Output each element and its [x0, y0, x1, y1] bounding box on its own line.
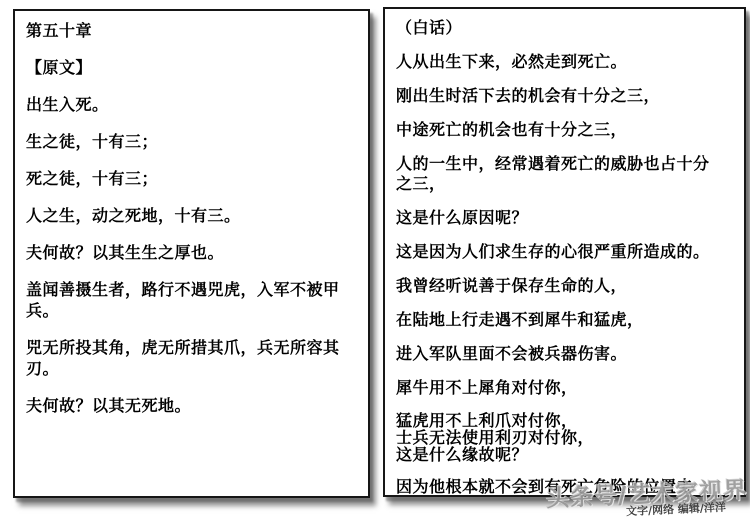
original-text-content: 第五十章 【原文】 出生入死。 生之徒，十有三； 死之徒，十有三； 人之生，动之… [15, 11, 368, 441]
paragraph: 夫何故？以其无死地。 [26, 395, 357, 416]
page: 第五十章 【原文】 出生入死。 生之徒，十有三； 死之徒，十有三； 人之生，动之… [0, 0, 750, 517]
paragraph: 犀牛用不上犀角对付你， [396, 378, 733, 398]
paragraph: 兕无所投其角，虎无所措其爪，兵无所容其 刃。 [26, 337, 357, 379]
paragraph: 死之徒，十有三； [26, 168, 357, 189]
paragraph: 这是什么原因呢？ [396, 208, 733, 228]
paragraph: 人的一生中，经常遇着死亡的威胁也占十分 之三， [396, 154, 733, 194]
paragraph: 人之生，动之死地，十有三。 [26, 205, 357, 226]
paragraph: 这是因为人们求生存的心很严重所造成的。 [396, 242, 733, 262]
paragraph: 我曾经听说善于保存生命的人， [396, 276, 733, 296]
paragraph: 猛虎用不上利爪对付你， 士兵无法使用利刃对付你， 这是什么缘故呢？ [396, 412, 733, 463]
section-label-original: 【原文】 [26, 57, 357, 78]
paragraph: 中途死亡的机会也有十分之三， [396, 120, 733, 140]
paragraph: 刚出生时活下去的机会有十分之三， [396, 86, 733, 106]
section-label-vernacular: （白话） [396, 18, 733, 38]
paragraph: 人从出生下来，必然走到死亡。 [396, 52, 733, 72]
vernacular-content: （白话） 人从出生下来，必然走到死亡。 刚出生时活下去的机会有十分之三， 中途死… [385, 9, 744, 517]
watermark-credits: 文字/网络 编辑/洋洋 [626, 499, 726, 517]
original-text-panel: 第五十章 【原文】 出生入死。 生之徒，十有三； 死之徒，十有三； 人之生，动之… [13, 9, 370, 498]
paragraph: 进入军队里面不会被兵器伤害。 [396, 344, 733, 364]
paragraph: 在陆地上行走遇不到犀牛和猛虎， [396, 310, 733, 330]
paragraph: 夫何故？以其生生之厚也。 [26, 242, 357, 263]
vernacular-panel: （白话） 人从出生下来，必然走到死亡。 刚出生时活下去的机会有十分之三， 中途死… [383, 7, 746, 497]
chapter-title: 第五十章 [26, 20, 357, 41]
paragraph: 生之徒，十有三； [26, 131, 357, 152]
paragraph: 盖闻善摄生者，路行不遇兕虎，入军不被甲 兵。 [26, 279, 357, 321]
paragraph: 出生入死。 [26, 94, 357, 115]
